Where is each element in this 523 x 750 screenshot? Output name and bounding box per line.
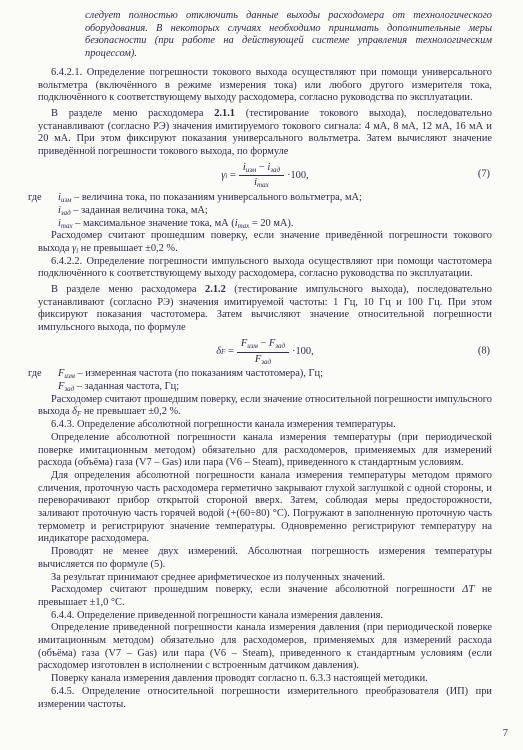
paragraph-643-scope: Определение абсолютной погрешности канал…: [38, 432, 492, 470]
pass-criteria-temperature: Расходомер считают прошедшим поверку, ес…: [38, 584, 492, 609]
paragraph-643-measurements: Проводят не менее двух измерений. Абсолю…: [38, 546, 492, 571]
menu-211-pre: В разделе меню расходомера: [51, 108, 214, 119]
equals-sign: =: [230, 170, 236, 183]
definition-i-zad: iзад – заданная величина тока, мА;: [58, 205, 492, 218]
carryover-italic-paragraph: следует полностью отключить данные выход…: [85, 10, 492, 61]
equation-number-7: (7): [478, 169, 490, 182]
formula-7-factor: ·100,: [287, 170, 309, 183]
definition-f-zad: Fзад – заданная частота, Гц;: [58, 381, 492, 394]
formula-8: δF = Fизм − Fзад Fзад ·100, (8): [38, 335, 492, 368]
formula-8-factor: ·100,: [292, 346, 314, 359]
menu-212-paragraph: В разделе меню расходомера 2.1.2 (тестир…: [38, 284, 492, 335]
fraction-7: iизм − iзад imax: [239, 162, 284, 190]
document-page: следует полностью отключить данные выход…: [0, 0, 523, 750]
where-label: где: [28, 368, 58, 393]
formula-8-expression: δF = Fизм − Fзад Fзад ·100,: [216, 338, 313, 366]
equals-sign: =: [228, 346, 234, 359]
section-6421-paragraph: 6.4.2.1. Определение погрешности токовог…: [38, 67, 492, 105]
fraction-7-denominator: imax: [239, 176, 284, 190]
paragraph-643-method: Для определения абсолютной погрешности к…: [38, 470, 492, 546]
pass-criteria-pulse-output: Расходомер считают прошедшим поверку, ес…: [38, 394, 492, 419]
menu-item-number-212: 2.1.2: [205, 284, 226, 295]
section-6422-paragraph: 6.4.2.2. Определение погрешности импульс…: [38, 256, 492, 281]
formula-7: γi = iизм − iзад imax ·100, (7): [38, 159, 492, 192]
section-644-heading: 6.4.4. Определение приведенной погрешнос…: [38, 610, 492, 623]
definition-f-izm: Fизм – измеренная частота (по показаниям…: [58, 368, 492, 381]
section-645-heading: 6.4.5. Определение относительной погрешн…: [38, 686, 492, 711]
menu-item-number-211: 2.1.1: [214, 108, 235, 119]
formula-8-definitions: Fизм – измеренная частота (по показаниям…: [58, 368, 492, 393]
menu-211-paragraph: В разделе меню расходомера 2.1.1 (тестир…: [38, 108, 492, 159]
formula-7-legend: где iизм – величина тока, по показаниям …: [28, 192, 492, 230]
equation-number-8: (8): [478, 345, 490, 358]
fraction-8: Fизм − Fзад Fзад: [237, 338, 289, 366]
paragraph-643-result: За результат принимают среднее арифметич…: [38, 572, 492, 585]
fraction-7-numerator: iизм − iзад: [239, 162, 284, 177]
formula-7-definitions: iизм – величина тока, по показаниям унив…: [58, 192, 492, 230]
page-number: 7: [503, 728, 508, 741]
definition-i-max: imax – максимальное значение тока, мА (i…: [58, 218, 492, 231]
menu-212-pre: В разделе меню расходомера: [51, 284, 205, 295]
paragraph-644-reference: Поверку канала измерения давления провод…: [38, 673, 492, 686]
formula-8-legend: где Fизм – измеренная частота (по показа…: [28, 368, 492, 393]
paragraph-644-scope: Определение приведенной погрешности кана…: [38, 622, 492, 673]
fraction-8-denominator: Fзад: [237, 353, 289, 367]
fraction-8-numerator: Fизм − Fзад: [237, 338, 289, 353]
pass-criteria-current-output: Расходомер считают прошедшим поверку, ес…: [38, 230, 492, 255]
formula-7-expression: γi = iизм − iзад imax ·100,: [221, 162, 308, 190]
definition-i-izm: iизм – величина тока, по показаниям унив…: [58, 192, 492, 205]
where-label: где: [28, 192, 58, 230]
section-643-heading: 6.4.3. Определение абсолютной погрешност…: [38, 419, 492, 432]
